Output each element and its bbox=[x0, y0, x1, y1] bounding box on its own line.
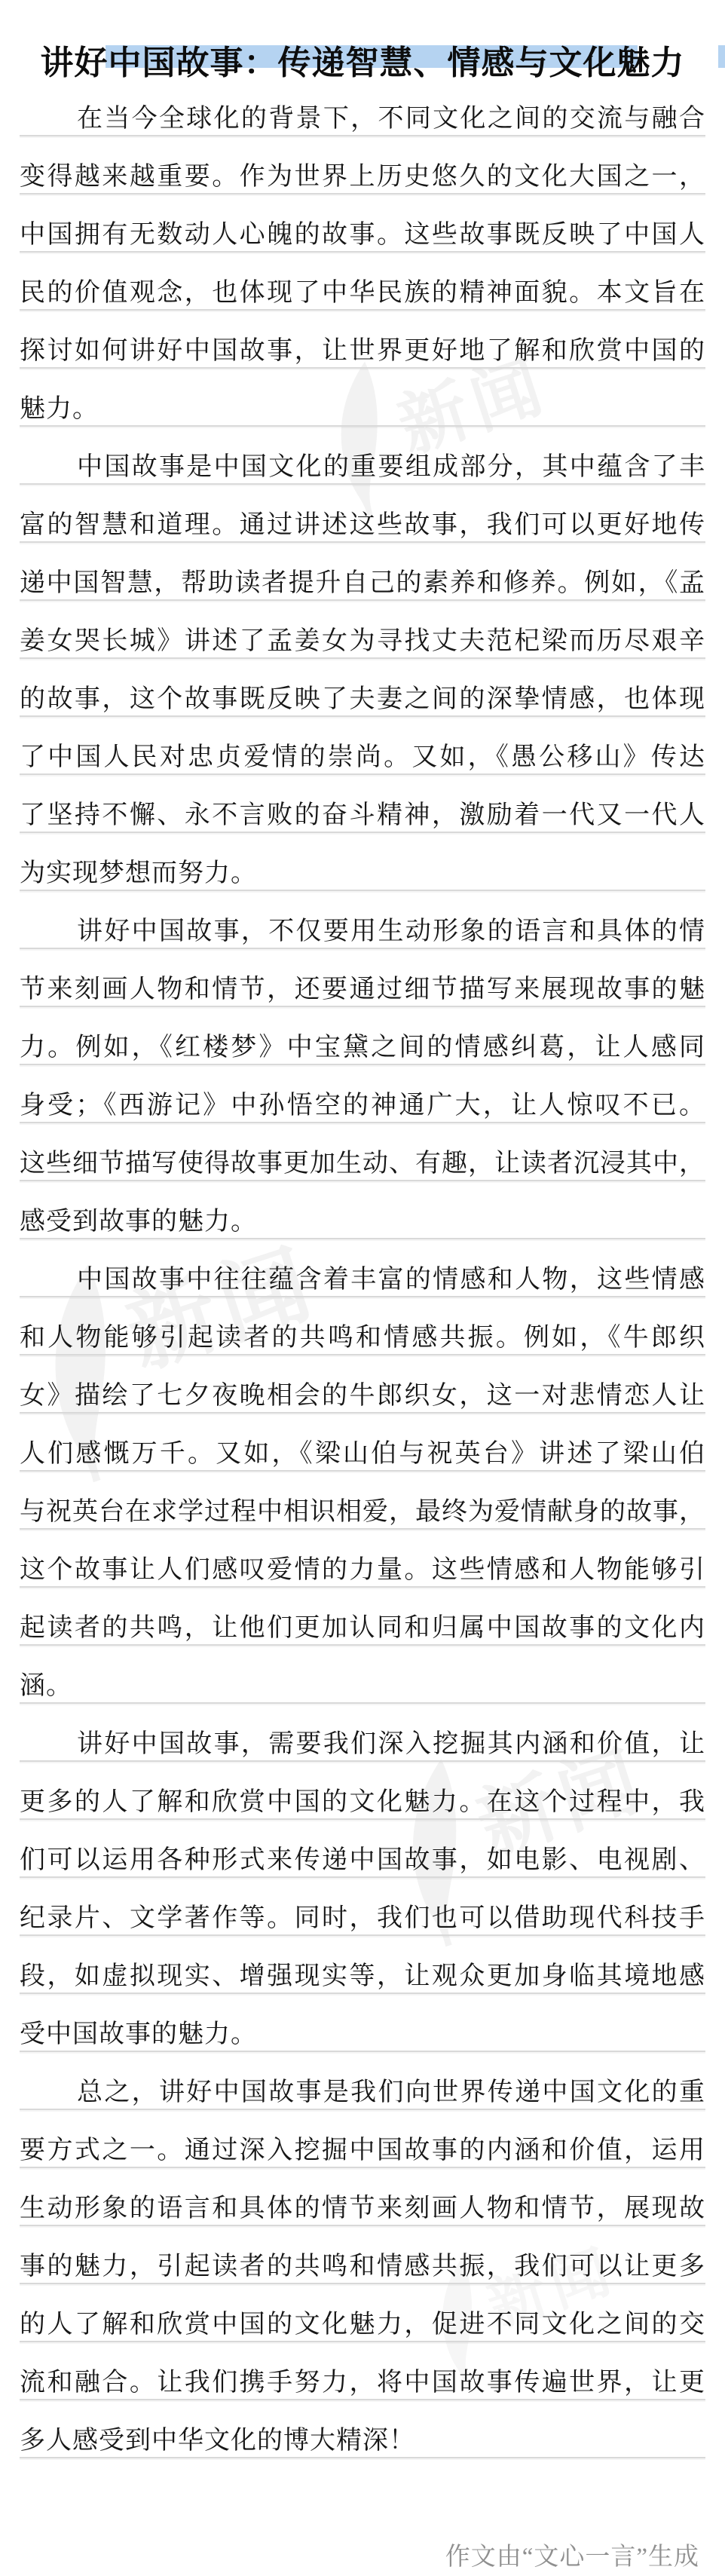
ruled-line bbox=[20, 1760, 705, 1762]
body-line: 中国拥有无数动人心魄的故事。这些故事既反映了中国人 bbox=[0, 206, 725, 264]
body-line: 在当今全球化的背景下，不同文化之间的交流与融合 bbox=[0, 90, 725, 148]
body-line-text: 涵。 bbox=[20, 1657, 705, 1715]
body-line: 起读者的共鸣，让他们更加认同和归属中国故事的文化内 bbox=[0, 1599, 725, 1657]
body-line-text: 与祝英台在求学过程中相识相爱，最终为爱情献身的故事， bbox=[20, 1483, 705, 1541]
body-line-text: 了坚持不懈、永不言败的奋斗精神，激励着一代又一代人 bbox=[20, 786, 705, 844]
body-line-text: 递中国智慧，帮助读者提升自己的素养和修养。例如，《孟 bbox=[20, 554, 705, 612]
body-line: 与祝英台在求学过程中相识相爱，最终为爱情献身的故事， bbox=[0, 1483, 725, 1541]
body-line-text: 和人物能够引起读者的共鸣和情感共振。例如，《牛郎织 bbox=[20, 1309, 705, 1367]
ruled-line bbox=[20, 715, 705, 717]
body-line: 的人了解和欣赏中国的文化魅力，促进不同文化之间的交 bbox=[0, 2296, 725, 2354]
body-line-text: 讲好中国故事，不仅要用生动形象的语言和具体的情 bbox=[77, 902, 705, 960]
body-line: 更多的人了解和欣赏中国的文化魅力。在这个过程中，我 bbox=[0, 1773, 725, 1831]
body-line: 流和融合。让我们携手努力，将中国故事传遍世界，让更 bbox=[0, 2354, 725, 2412]
body-line: 和人物能够引起读者的共鸣和情感共振。例如，《牛郎织 bbox=[0, 1309, 725, 1367]
body-line-text: 中国拥有无数动人心魄的故事。这些故事既反映了中国人 bbox=[20, 206, 705, 264]
body-line-text: 姜女哭长城》讲述了孟姜女为寻找丈夫范杞梁而历尽艰辛 bbox=[20, 612, 705, 670]
body-line-text: 纪录片、文学著作等。同时，我们也可以借助现代科技手 bbox=[20, 1889, 705, 1947]
ruled-line bbox=[20, 1412, 705, 1414]
body-line-text: 更多的人了解和欣赏中国的文化魅力。在这个过程中，我 bbox=[20, 1773, 705, 1831]
body-line: 段，如虚拟现实、增强现实等，让观众更加身临其境地感 bbox=[0, 1947, 725, 2005]
body-line-text: 流和融合。让我们携手努力，将中国故事传遍世界，让更 bbox=[20, 2354, 705, 2412]
body-line-text: 节来刻画人物和情节，还要通过细节描写来展现故事的魅 bbox=[20, 960, 705, 1018]
body-line: 们可以运用各种形式来传递中国故事，如电影、电视剧、 bbox=[0, 1831, 725, 1889]
ruled-line bbox=[20, 1006, 705, 1007]
body-line: 纪录片、文学著作等。同时，我们也可以借助现代科技手 bbox=[0, 1889, 725, 1947]
ruled-line bbox=[20, 483, 705, 485]
body-line: 身受；《西游记》中孙悟空的神通广大，让人惊叹不已。 bbox=[0, 1077, 725, 1135]
body-line-text: 这些细节描写使得故事更加生动、有趣，让读者沉浸其中， bbox=[20, 1135, 705, 1193]
body-line: 力。例如，《红楼梦》中宝黛之间的情感纠葛，让人感同 bbox=[0, 1018, 725, 1077]
body-line: 涵。 bbox=[0, 1657, 725, 1715]
ruled-line bbox=[20, 193, 705, 195]
body-line-text: 在当今全球化的背景下，不同文化之间的交流与融合 bbox=[77, 90, 705, 148]
ruled-line bbox=[20, 1180, 705, 1181]
ruled-line bbox=[20, 1586, 705, 1588]
ruled-line bbox=[20, 1470, 705, 1472]
body-line-text: 人们感慨万千。又如，《梁山伯与祝英台》讲述了梁山伯 bbox=[20, 1425, 705, 1483]
ruled-line bbox=[20, 2341, 705, 2342]
ruled-line bbox=[20, 2399, 705, 2400]
ruled-line bbox=[20, 1354, 705, 1355]
body-line: 讲好中国故事，不仅要用生动形象的语言和具体的情 bbox=[0, 902, 725, 960]
body-line-text: 要方式之一。通过深入挖掘中国故事的内涵和价值，运用 bbox=[20, 2121, 705, 2179]
body-line-text: 生动形象的语言和具体的情节来刻画人物和情节，展现故 bbox=[20, 2179, 705, 2238]
body-line-text: 事的魅力，引起读者的共鸣和情感共振，我们可以让更多 bbox=[20, 2238, 705, 2296]
body-line: 感受到故事的魅力。 bbox=[0, 1193, 725, 1251]
body-line-text: 富的智慧和道理。通过讲述这些故事，我们可以更好地传 bbox=[20, 496, 705, 554]
ruled-line bbox=[20, 1296, 705, 1297]
ruled-line bbox=[20, 599, 705, 601]
body-line: 中国故事是中国文化的重要组成部分，其中蕴含了丰 bbox=[0, 438, 725, 496]
body-line-text: 魅力。 bbox=[20, 380, 705, 438]
ruled-line bbox=[20, 657, 705, 659]
body-line: 要方式之一。通过深入挖掘中国故事的内涵和价值，运用 bbox=[0, 2121, 725, 2179]
body-line: 生动形象的语言和具体的情节来刻画人物和情节，展现故 bbox=[0, 2179, 725, 2238]
ruled-line bbox=[20, 1876, 705, 1878]
body-line: 女》描绘了七夕夜晚相会的牛郎织女，这一对悲情恋人让 bbox=[0, 1367, 725, 1425]
body-line: 的故事，这个故事既反映了夫妻之间的深挚情感，也体现 bbox=[0, 670, 725, 728]
body-line: 事的魅力，引起读者的共鸣和情感共振，我们可以让更多 bbox=[0, 2238, 725, 2296]
body-line: 民的价值观念，也体现了中华民族的精神面貌。本文旨在 bbox=[0, 264, 725, 322]
body-line-text: 起读者的共鸣，让他们更加认同和归属中国故事的文化内 bbox=[20, 1599, 705, 1657]
ruled-line bbox=[20, 773, 705, 775]
ruled-line bbox=[20, 1702, 705, 1704]
body-line: 变得越来越重要。作为世界上历史悠久的文化大国之一， bbox=[0, 148, 725, 206]
body-line: 了坚持不懈、永不言败的奋斗精神，激励着一代又一代人 bbox=[0, 786, 725, 844]
body-line: 节来刻画人物和情节，还要通过细节描写来展现故事的魅 bbox=[0, 960, 725, 1018]
body-line-text: 中国故事是中国文化的重要组成部分，其中蕴含了丰 bbox=[77, 438, 705, 496]
document-page: 新闻 新闻 新闻 新闻 讲好中国故事：传递智慧、情感与文化魅力 在当今全球化的背… bbox=[0, 0, 725, 2576]
body-line: 递中国智慧，帮助读者提升自己的素养和修养。例如，《孟 bbox=[0, 554, 725, 612]
body-line: 为实现梦想而努力。 bbox=[0, 844, 725, 902]
body-line-text: 们可以运用各种形式来传递中国故事，如电影、电视剧、 bbox=[20, 1831, 705, 1889]
body-line-text: 探讨如何讲好中国故事，让世界更好地了解和欣赏中国的 bbox=[20, 322, 705, 380]
body-line-text: 了中国人民对忠贞爱情的崇尚。又如，《愚公移山》传达 bbox=[20, 728, 705, 786]
ruled-line bbox=[20, 1644, 705, 1646]
body-line-text: 的故事，这个故事既反映了夫妻之间的深挚情感，也体现 bbox=[20, 670, 705, 728]
body-line-text: 变得越来越重要。作为世界上历史悠久的文化大国之一， bbox=[20, 148, 705, 206]
ruled-line bbox=[20, 890, 705, 891]
ruled-line bbox=[20, 425, 705, 427]
ruled-line bbox=[20, 2051, 705, 2052]
body-line-text: 的人了解和欣赏中国的文化魅力，促进不同文化之间的交 bbox=[20, 2296, 705, 2354]
body-line-text: 多人感受到中华文化的博大精深！ bbox=[20, 2412, 705, 2470]
body-line: 这些细节描写使得故事更加生动、有趣，让读者沉浸其中， bbox=[0, 1135, 725, 1193]
body-line: 富的智慧和道理。通过讲述这些故事，我们可以更好地传 bbox=[0, 496, 725, 554]
ruled-line bbox=[20, 367, 705, 369]
ruled-line bbox=[20, 832, 705, 833]
ruled-line bbox=[20, 1992, 705, 1994]
ruled-line bbox=[20, 251, 705, 253]
ruled-line bbox=[20, 2109, 705, 2110]
article-title: 讲好中国故事：传递智慧、情感与文化魅力 bbox=[0, 44, 725, 82]
ruled-line bbox=[20, 1064, 705, 1065]
body-line-text: 女》描绘了七夕夜晚相会的牛郎织女，这一对悲情恋人让 bbox=[20, 1367, 705, 1425]
ruled-line bbox=[20, 948, 705, 949]
body-line-text: 中国故事中往往蕴含着丰富的情感和人物，这些情感 bbox=[77, 1251, 705, 1309]
ruled-line bbox=[20, 1818, 705, 1820]
ruled-line bbox=[20, 541, 705, 543]
body-line: 这个故事让人们感叹爱情的力量。这些情感和人物能够引 bbox=[0, 1541, 725, 1599]
body-line: 人们感慨万千。又如，《梁山伯与祝英台》讲述了梁山伯 bbox=[0, 1425, 725, 1483]
body-line: 魅力。 bbox=[0, 380, 725, 438]
body-line-text: 段，如虚拟现实、增强现实等，让观众更加身临其境地感 bbox=[20, 1947, 705, 2005]
body-line-text: 讲好中国故事，需要我们深入挖掘其内涵和价值，让 bbox=[77, 1715, 705, 1773]
ruled-line bbox=[20, 2457, 705, 2458]
body-line: 探讨如何讲好中国故事，让世界更好地了解和欣赏中国的 bbox=[0, 322, 725, 380]
body-line: 多人感受到中华文化的博大精深！ bbox=[0, 2412, 725, 2470]
generator-credit: 作文由“文心一言”生成 bbox=[445, 2537, 699, 2572]
body-line: 了中国人民对忠贞爱情的崇尚。又如，《愚公移山》传达 bbox=[0, 728, 725, 786]
body-line-text: 感受到故事的魅力。 bbox=[20, 1193, 705, 1251]
article-body: 在当今全球化的背景下，不同文化之间的交流与融合变得越来越重要。作为世界上历史悠久… bbox=[0, 90, 725, 2470]
ruled-line bbox=[20, 1934, 705, 1936]
ruled-line bbox=[20, 2167, 705, 2168]
body-line-text: 为实现梦想而努力。 bbox=[20, 844, 705, 902]
body-line-text: 身受；《西游记》中孙悟空的神通广大，让人惊叹不已。 bbox=[20, 1077, 705, 1135]
ruled-line bbox=[20, 135, 705, 136]
ruled-line bbox=[20, 1528, 705, 1530]
body-line: 讲好中国故事，需要我们深入挖掘其内涵和价值，让 bbox=[0, 1715, 725, 1773]
body-line-text: 力。例如，《红楼梦》中宝黛之间的情感纠葛，让人感同 bbox=[20, 1018, 705, 1077]
body-line: 中国故事中往往蕴含着丰富的情感和人物，这些情感 bbox=[0, 1251, 725, 1309]
ruled-line bbox=[20, 2225, 705, 2226]
body-line-text: 总之，讲好中国故事是我们向世界传递中国文化的重 bbox=[77, 2063, 705, 2121]
ruled-line bbox=[20, 1238, 705, 1239]
body-line-text: 这个故事让人们感叹爱情的力量。这些情感和人物能够引 bbox=[20, 1541, 705, 1599]
body-line-text: 民的价值观念，也体现了中华民族的精神面貌。本文旨在 bbox=[20, 264, 705, 322]
body-line: 姜女哭长城》讲述了孟姜女为寻找丈夫范杞梁而历尽艰辛 bbox=[0, 612, 725, 670]
ruled-line bbox=[20, 309, 705, 311]
ruled-line bbox=[20, 2283, 705, 2284]
ruled-line bbox=[20, 1122, 705, 1123]
body-line: 受中国故事的魅力。 bbox=[0, 2005, 725, 2063]
body-line: 总之，讲好中国故事是我们向世界传递中国文化的重 bbox=[0, 2063, 725, 2121]
body-line-text: 受中国故事的魅力。 bbox=[20, 2005, 705, 2063]
